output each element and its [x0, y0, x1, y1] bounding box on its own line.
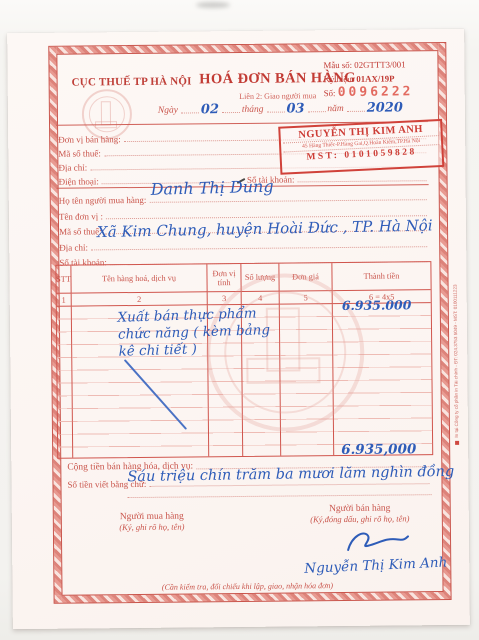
dotted-leader — [347, 111, 365, 112]
buyer-tax-label: Mã số thuế: — [59, 226, 102, 236]
seller-phone-label: Điện thoại: — [59, 176, 99, 186]
form-label: Mẫu số: — [323, 60, 352, 70]
invoice-number-stamp: 0096222 — [338, 84, 414, 100]
buyer-signature-block: Người mua hàng (Ký, ghi rõ họ, tên) — [72, 511, 232, 533]
dotted-leader — [181, 112, 199, 113]
dotted-leader — [297, 180, 426, 182]
handwritten-buyer-name: Danh Thị Dung — [150, 177, 273, 199]
buyer-unit-label: Tên đơn vị : — [59, 211, 103, 221]
invoice-paper: CỤC THUẾ TP HÀ NỘI HOÁ ĐƠN BÁN HÀNG Liên… — [7, 29, 470, 629]
form-value: 02GTTT3/001 — [354, 59, 405, 69]
seller-stamp: NGUYỄN THỊ KIM ANH 45 Hàng Thiếc-P.Hàng … — [278, 119, 444, 175]
printer-square-icon — [455, 441, 459, 445]
date-year-label: năm — [327, 104, 343, 114]
col-index: 2 — [72, 292, 208, 306]
form-number-line: Mẫu số: 02GTTT3/001 — [323, 57, 441, 72]
date-month-label: tháng — [242, 105, 264, 115]
seller-signature-block: Người bán hàng (Ký,đóng dấu, ghi rõ họ, … — [280, 503, 440, 525]
handwritten-month: 03 — [286, 103, 304, 114]
invoice-meta-block: Mẫu số: 02GTTT3/001 Ký hiệu: 01AX/19P Số… — [323, 57, 441, 100]
seller-tax-label: Mã số thuế: — [58, 148, 101, 158]
seller-address-label: Địa chỉ: — [58, 162, 87, 172]
col-header-unit: Đơn vị tính — [207, 264, 241, 292]
dotted-leader — [149, 199, 426, 203]
handwritten-total-amount: 6.935,000 — [341, 441, 416, 458]
col-header-stt: STT — [56, 266, 71, 294]
printer-note-text: In tại Công ty cổ phần in Tài chính - ĐT… — [453, 284, 459, 437]
handwritten-day: 02 — [201, 104, 219, 115]
dotted-leader — [222, 112, 240, 113]
buyer-name-label: Họ tên người mua hàng: — [59, 195, 147, 206]
buyer-address-label: Địa chỉ: — [59, 242, 88, 252]
buyer-signature-note: (Ký, ghi rõ họ, tên) — [72, 521, 232, 533]
dotted-leader — [267, 112, 285, 113]
invoice-date-line: Ngày 02 tháng 03 năm 2020 — [158, 102, 403, 115]
number-line: Số: 0096222 — [324, 85, 442, 100]
seller-signature-note: (Ký,đóng dấu, ghi rõ họ, tên) — [280, 513, 440, 525]
scanned-invoice-page: { "header": { "agency": "CỤC THUẾ TP HÀ … — [0, 0, 479, 640]
handwritten-line-amount: 6.935.000 — [342, 297, 412, 313]
seller-signature-scribble — [342, 527, 412, 558]
handwritten-item-description: Xuất bán thực phẩm chức năng ( kèm bảng … — [117, 305, 271, 361]
col-index: 1 — [57, 294, 72, 307]
col-header-description: Tên hàng hoá, dịch vụ — [71, 264, 207, 293]
number-label: Số: — [324, 88, 336, 98]
handwritten-year: 2020 — [367, 102, 403, 113]
symbol-value: 01AX/19P — [356, 73, 394, 83]
symbol-label: Ký hiệu: — [324, 74, 355, 84]
col-header-amount: Thành tiền — [332, 262, 430, 291]
date-prefix: Ngày — [158, 106, 178, 116]
dotted-leader — [308, 111, 326, 112]
seller-unit-label: Đơn vị bán hàng: — [58, 134, 121, 145]
scan-smudge — [196, 2, 230, 8]
table-body-cell — [57, 307, 73, 458]
printer-info-vertical: In tại Công ty cổ phần in Tài chính - ĐT… — [453, 284, 460, 445]
